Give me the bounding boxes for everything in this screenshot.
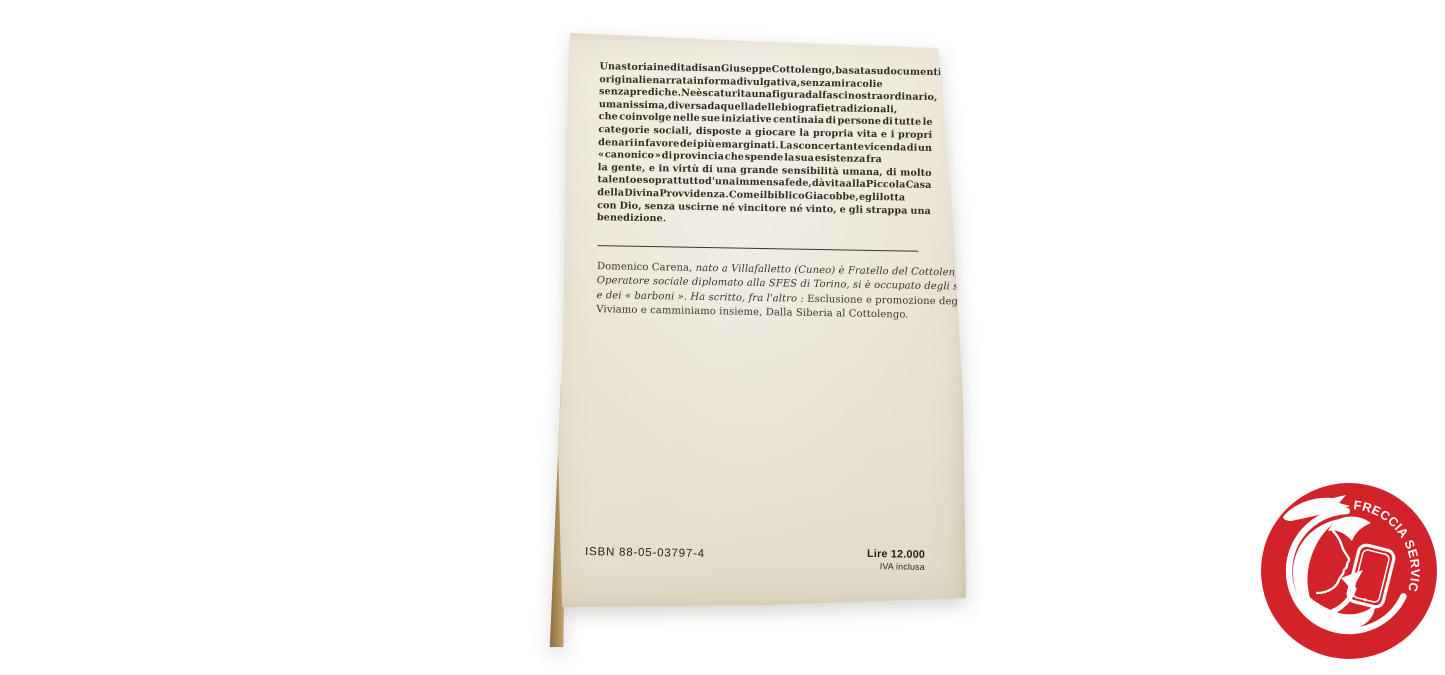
price-block: Lire 12.000 IVA inclusa (867, 548, 925, 572)
price-text: Lire 12.000 (867, 548, 925, 561)
price-vat-note: IVA inclusa (867, 560, 925, 571)
freccia-service-logo-icon: FRECCIA SERVICE© (1253, 474, 1445, 668)
cover-content: UnastoriaineditadisanGiuseppeCottolengo,… (540, 24, 980, 616)
isbn-text: ISBN 88-05-03797-4 (585, 546, 705, 560)
author-bio: Domenico Carena, nato a Villafalletto (C… (596, 260, 931, 323)
synopsis-text: UnastoriaineditadisanGiuseppeCottolengo,… (597, 61, 934, 231)
photo-canvas: { "photo": { "background": "#ffffff", "p… (0, 0, 1445, 675)
book-photo: UnastoriaineditadisanGiuseppeCottolengo,… (545, 28, 975, 613)
divider-rule (597, 245, 918, 252)
watermark-logo: FRECCIA SERVICE© (1253, 474, 1445, 668)
book-back-cover: UnastoriaineditadisanGiuseppeCottolengo,… (545, 28, 975, 613)
author-name: Domenico Carena, (597, 261, 693, 274)
